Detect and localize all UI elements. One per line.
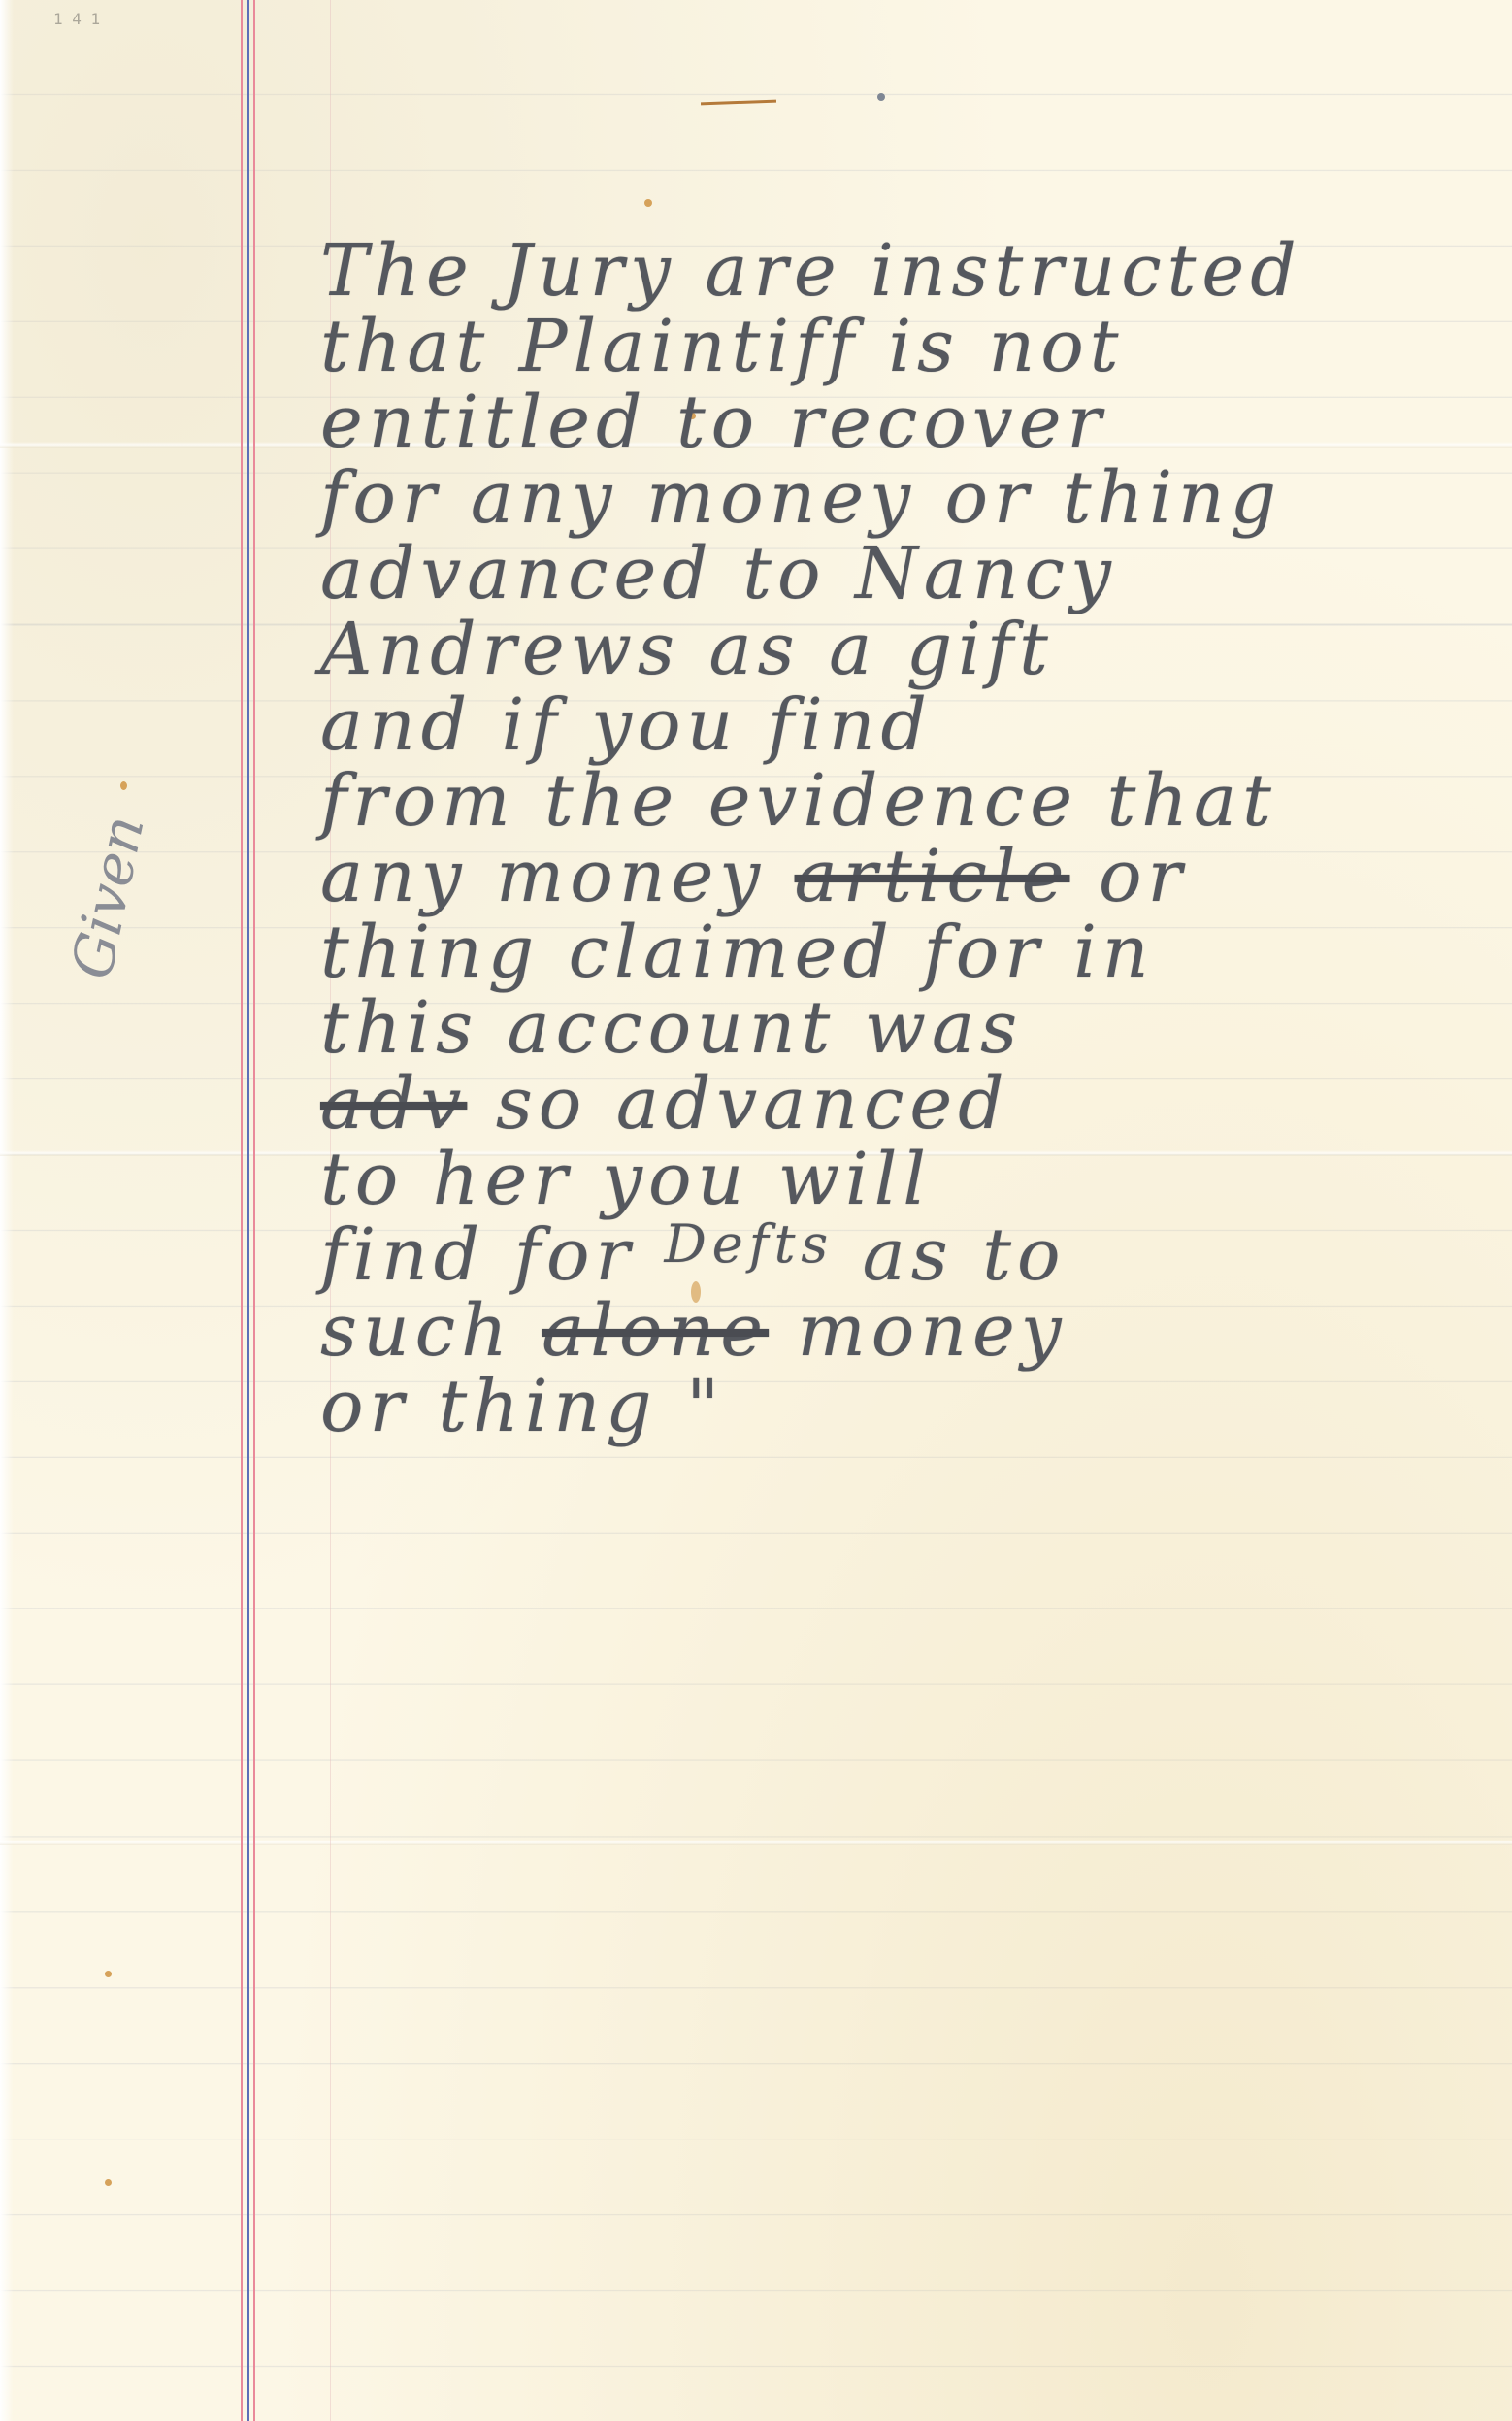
handwritten-line: that Plaintiff is not bbox=[320, 309, 1465, 384]
line-text: such bbox=[320, 1289, 542, 1373]
paper-stain bbox=[105, 2179, 112, 2186]
margin-rule-red bbox=[241, 0, 243, 2421]
paper-left-edge bbox=[0, 0, 14, 2421]
paper-stain bbox=[120, 781, 127, 790]
handwritten-instruction: The Jury are instructed that Plaintiff i… bbox=[320, 233, 1465, 1444]
handwritten-line: or thing " bbox=[320, 1369, 1465, 1444]
struck-word: adv bbox=[320, 1062, 467, 1145]
pin-hole-mark bbox=[877, 93, 885, 101]
line-text: any money bbox=[320, 835, 795, 918]
handwritten-line: advanced to Nancy bbox=[320, 536, 1465, 612]
handwritten-line: this account was bbox=[320, 990, 1465, 1066]
handwritten-line: thing claimed for in bbox=[320, 914, 1465, 990]
struck-word: alone bbox=[542, 1289, 769, 1373]
handwritten-line: adv so advanced bbox=[320, 1066, 1465, 1142]
line-text: find for bbox=[320, 1213, 664, 1297]
handwritten-line: entitled to recover bbox=[320, 384, 1465, 460]
line-text: money bbox=[769, 1289, 1068, 1373]
handwritten-line: to her you will bbox=[320, 1142, 1465, 1217]
handwritten-line: find for Defts as to bbox=[320, 1217, 1465, 1293]
line-text: as to bbox=[834, 1213, 1066, 1297]
line-text: or bbox=[1069, 835, 1187, 918]
paper-stain bbox=[644, 199, 652, 207]
margin-rule-red bbox=[253, 0, 255, 2421]
corner-pencil-marks: 1 4 1 bbox=[53, 10, 100, 28]
line-text: so advanced bbox=[467, 1062, 1009, 1145]
paper-fold-crease bbox=[0, 1840, 1512, 1845]
handwritten-line: any money article or bbox=[320, 839, 1465, 914]
struck-word: article bbox=[795, 835, 1070, 918]
handwritten-line: such alone money bbox=[320, 1293, 1465, 1369]
handwritten-line: The Jury are instructed bbox=[320, 233, 1465, 309]
handwritten-line: from the evidence that bbox=[320, 763, 1465, 839]
handwritten-line: Andrews as a gift bbox=[320, 612, 1465, 687]
margin-rule-blue bbox=[247, 0, 249, 2421]
paper-stain bbox=[105, 1971, 112, 1977]
inserted-word: Defts bbox=[664, 1213, 834, 1275]
handwritten-line: and if you find bbox=[320, 687, 1465, 763]
handwritten-line: for any money or thing bbox=[320, 460, 1465, 536]
